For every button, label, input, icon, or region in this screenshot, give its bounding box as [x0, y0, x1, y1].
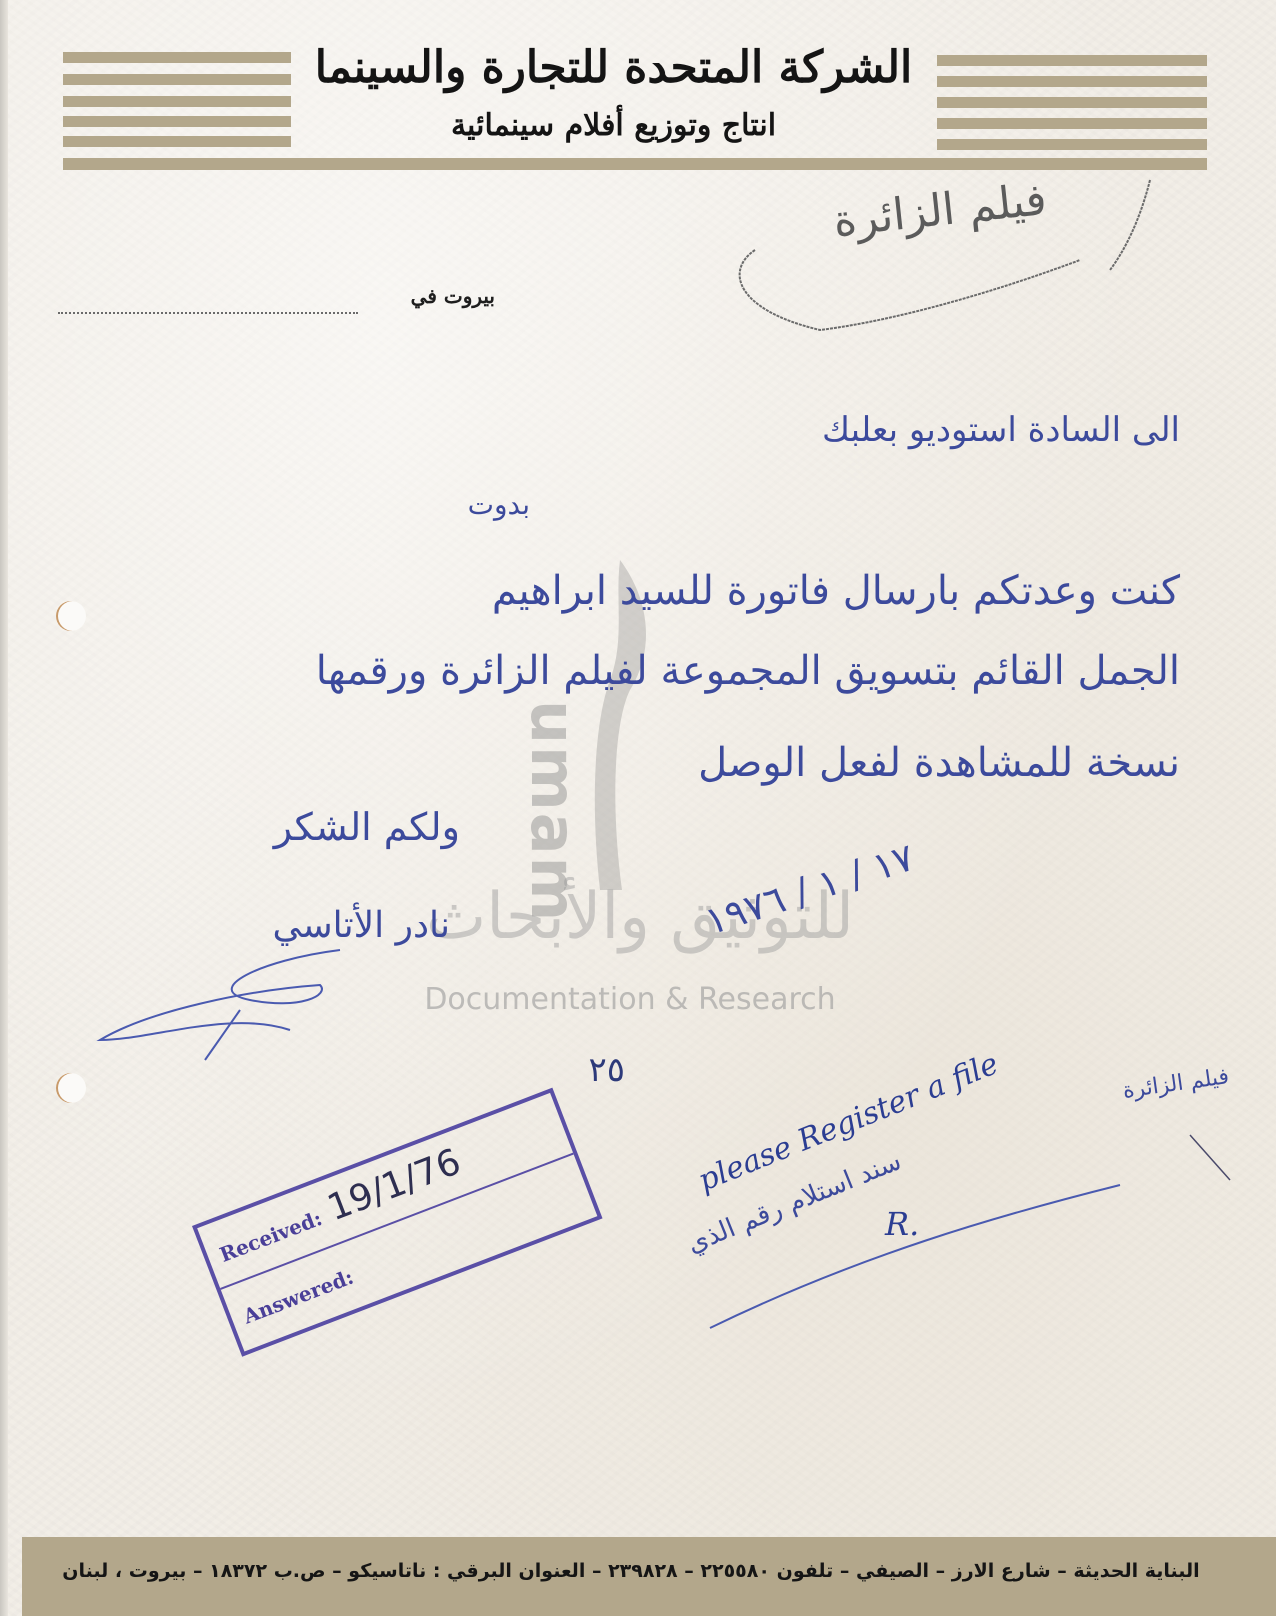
scan-edge	[0, 0, 8, 1616]
watermark-english: Documentation & Research	[380, 982, 880, 1017]
date-line	[58, 312, 358, 314]
company-tagline: انتاج وتوزيع أفلام سينمائية	[290, 104, 937, 148]
letter-closing: ولكم الشكر	[160, 805, 460, 849]
company-name: الشركة المتحدة للتجارة والسينما	[290, 40, 937, 96]
letter-city: بدوت	[330, 488, 530, 521]
letter-body-line: نسخة للمشاهدة لفعل الوصل	[200, 740, 1180, 786]
punch-hole	[56, 601, 86, 631]
letterhead-bar	[63, 158, 1207, 170]
margin-initial: R.	[885, 1205, 919, 1243]
margin-number: ٢٥	[545, 1050, 625, 1090]
signature-name: نادر الأتاسي	[150, 905, 450, 946]
letter-recipient: الى السادة استوديو بعلبك	[440, 410, 1180, 450]
letter-body-line: الجمل القائم بتسويق المجموعة لفيلم الزائ…	[40, 648, 1180, 694]
date-label: بيروت في	[395, 284, 495, 308]
footer-address: البناية الحديثة – شارع الارز – الصيفي – …	[22, 1560, 1240, 1582]
letter-body-line: كنت وعدتكم بارسال فاتورة للسيد ابراهيم	[60, 568, 1180, 614]
punch-hole	[56, 1073, 86, 1103]
